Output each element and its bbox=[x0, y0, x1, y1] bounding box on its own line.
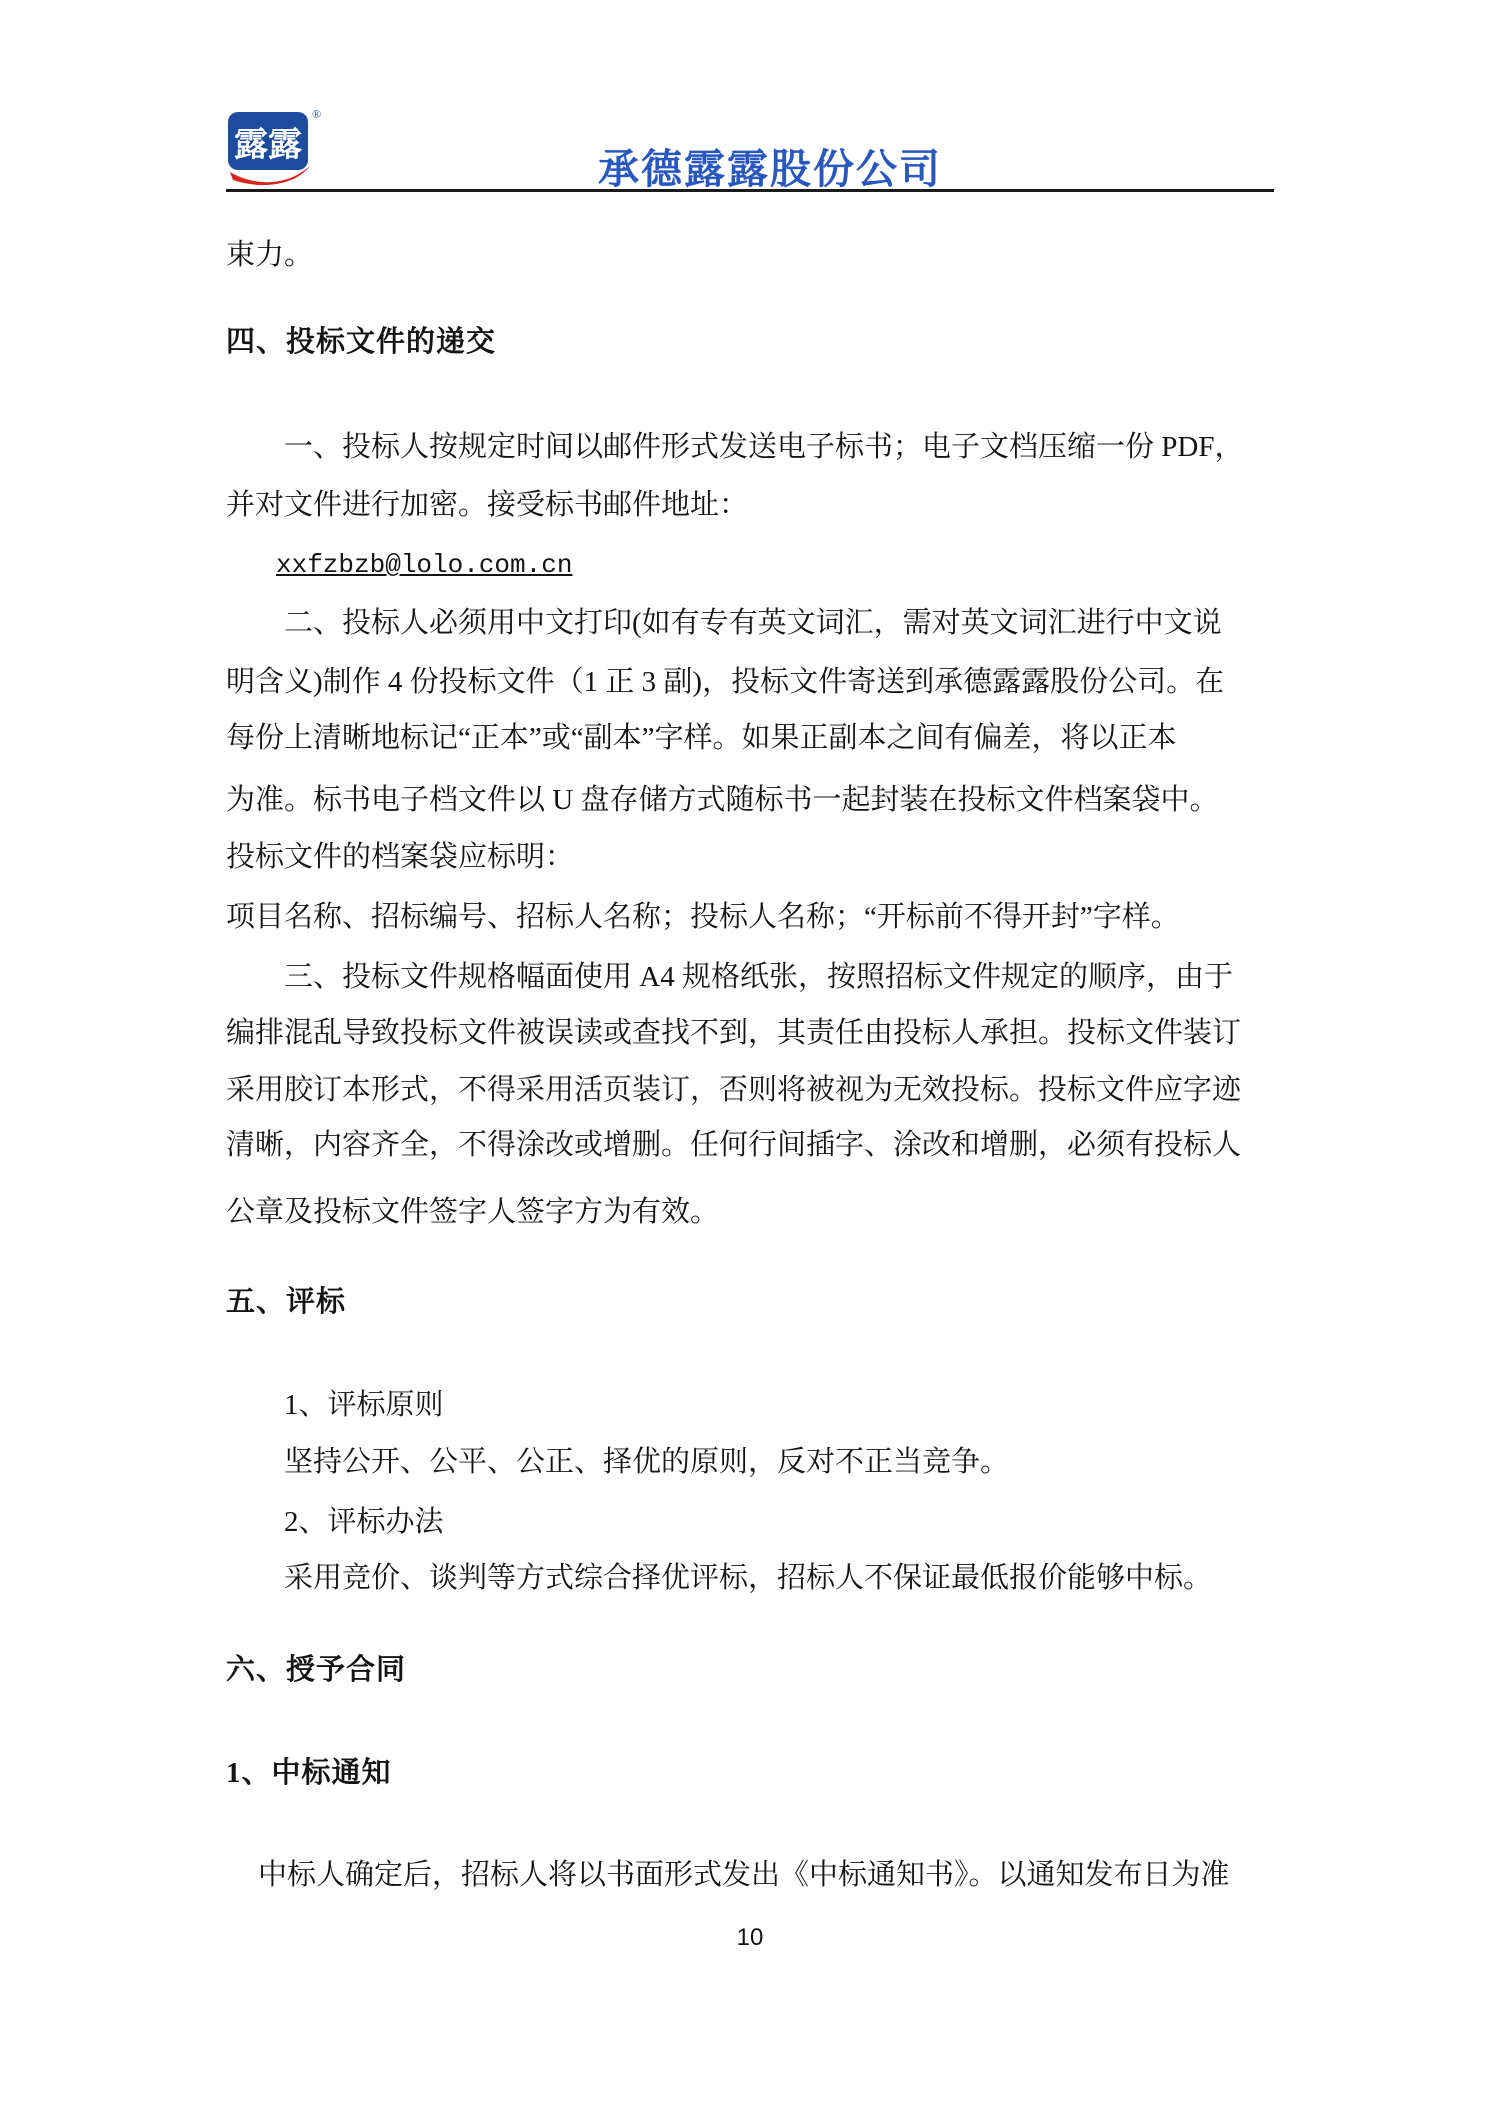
logo-text: 露露 bbox=[234, 126, 302, 164]
section-heading: 四、投标文件的递交 bbox=[226, 322, 1326, 362]
body-line: 投标文件的档案袋应标明： bbox=[226, 837, 1326, 877]
body-line: 中标人确定后，招标人将以书面形式发出《中标通知书》。以通知发布日为准 bbox=[258, 1855, 1358, 1895]
body-line: 坚持公开、公平、公正、择优的原则，反对不正当竞争。 bbox=[284, 1442, 1384, 1482]
document-page: 露露 ® 承德露露股份公司 束力。 四、投标文件的递交 一、投标人按规定时间以邮… bbox=[0, 0, 1500, 2121]
list-item: 2、评标办法 bbox=[284, 1502, 1384, 1542]
header-rule bbox=[226, 189, 1274, 192]
body-line: 三、投标文件规格幅面使用 A4 规格纸张，按照招标文件规定的顺序，由于 bbox=[284, 957, 1384, 997]
body-line: 二、投标人必须用中文打印(如有专有英文词汇，需对英文词汇进行中文说 bbox=[284, 603, 1384, 643]
registered-mark-icon: ® bbox=[312, 107, 321, 121]
list-item: 1、评标原则 bbox=[284, 1385, 1384, 1425]
body-line: 每份上清晰地标记“正本”或“副本”字样。如果正副本之间有偏差，将以正本 bbox=[226, 718, 1326, 758]
body-line: 束力。 bbox=[226, 235, 1326, 275]
sub-heading: 1、中标通知 bbox=[226, 1753, 1326, 1793]
section-heading: 五、评标 bbox=[226, 1282, 1326, 1322]
body-line: 一、投标人按规定时间以邮件形式发送电子标书；电子文档压缩一份 PDF， bbox=[284, 427, 1384, 467]
body-line: 清晰，内容齐全，不得涂改或增删。任何行间插字、涂改和增删，必须有投标人 bbox=[226, 1125, 1326, 1165]
body-line: 并对文件进行加密。接受标书邮件地址： bbox=[226, 485, 1326, 525]
section-heading: 六、授予合同 bbox=[226, 1650, 1326, 1690]
body-line: 采用竞价、谈判等方式综合择优评标，招标人不保证最低报价能够中标。 bbox=[284, 1558, 1384, 1598]
body-line: 公章及投标文件签字人签字方为有效。 bbox=[226, 1192, 1326, 1232]
email-address: xxfzbzb@lolo.com.cn bbox=[276, 545, 1376, 585]
page-number: 10 bbox=[0, 1924, 1500, 1952]
body-line: 为准。标书电子档文件以 U 盘存储方式随标书一起封装在投标文件档案袋中。 bbox=[226, 780, 1326, 820]
body-line: 项目名称、招标编号、招标人名称；投标人名称；“开标前不得开封”字样。 bbox=[226, 897, 1326, 937]
body-line: 编排混乱导致投标文件被误读或查找不到，其责任由投标人承担。投标文件装订 bbox=[226, 1013, 1326, 1053]
body-line: 明含义)制作 4 份投标文件（1 正 3 副)，投标文件寄送到承德露露股份公司。… bbox=[226, 662, 1326, 702]
lulu-logo: 露露 ® bbox=[220, 102, 330, 194]
body-line: 采用胶订本形式，不得采用活页装订，否则将被视为无效投标。投标文件应字迹 bbox=[226, 1070, 1326, 1110]
company-title: 承德露露股份公司 bbox=[598, 136, 942, 195]
